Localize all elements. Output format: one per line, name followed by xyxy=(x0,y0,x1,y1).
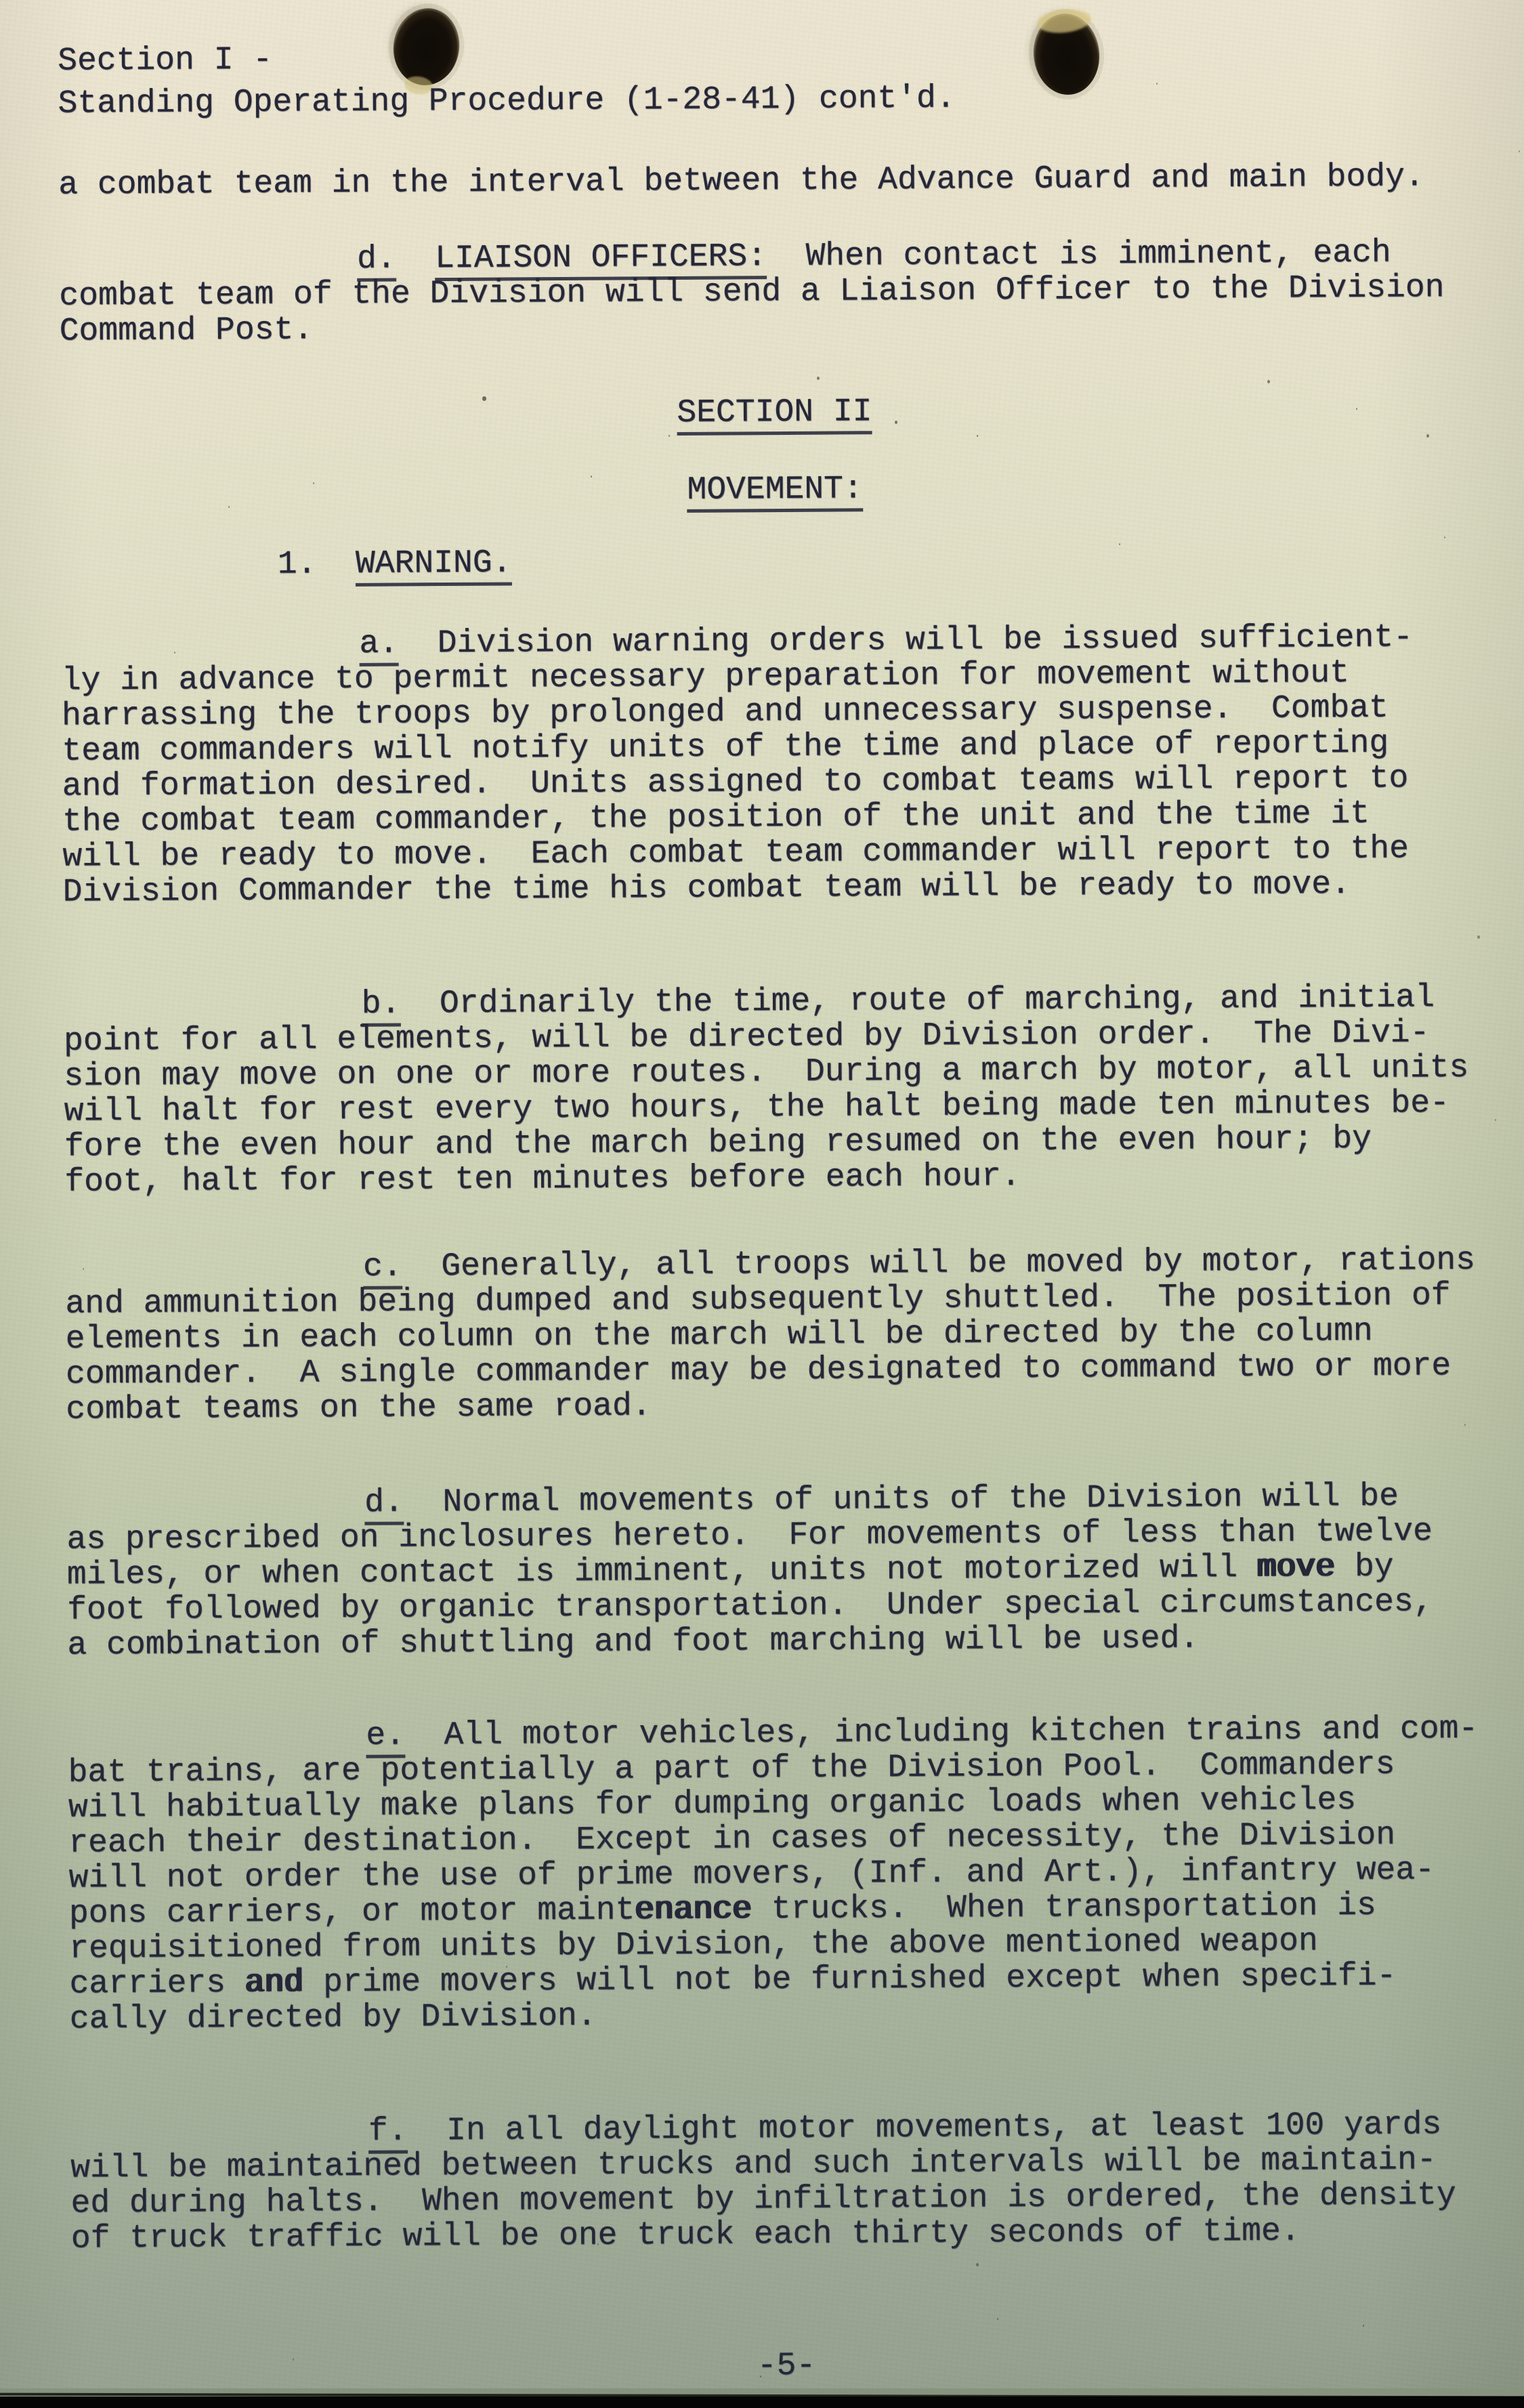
text-layer: Section I -Standing Operating Procedure … xyxy=(58,35,1501,2388)
text-segment: a combination of shuttling and foot marc… xyxy=(67,1620,1199,1664)
para-d-liaison: d. LIAISON OFFICERS: When contact is imm… xyxy=(59,235,1489,350)
text-segment: of truck traffic will be one truck each … xyxy=(71,2213,1300,2257)
document-page: Section I -Standing Operating Procedure … xyxy=(0,0,1524,2408)
text-segment: pons carriers, or motor maint xyxy=(69,1892,635,1932)
page-header: Section I -Standing Operating Procedure … xyxy=(58,35,1487,122)
text-line: of truck traffic will be one truck each … xyxy=(71,2213,1500,2257)
para-b: b. Ordinarily the time, route of marchin… xyxy=(64,980,1494,1200)
text-segment: combat teams on the same road. xyxy=(66,1388,651,1428)
para-e: e. All motor vehicles, including kitchen… xyxy=(68,1712,1499,2037)
para-d-normal: d. Normal movements of units of the Divi… xyxy=(66,1479,1497,1664)
text-segment: Standing Operating Procedure (1-28-41) c… xyxy=(58,80,955,122)
text-line: foot, halt for rest ten minutes before e… xyxy=(64,1156,1494,1200)
table-surface xyxy=(0,2396,1524,2408)
text-segment: 1. xyxy=(278,546,356,583)
text-line: Section I - xyxy=(58,35,1487,79)
text-line: a combination of shuttling and foot marc… xyxy=(67,1620,1496,1664)
warning-item: 1. WARNING. xyxy=(61,540,1490,584)
text-line: MOVEMENT: xyxy=(60,468,1489,512)
text-segment: prime movers will not be furnished excep… xyxy=(303,1958,1396,2002)
continuation-line: a combat team in the interval between th… xyxy=(58,159,1487,203)
text-segment: by xyxy=(1335,1549,1394,1586)
text-line: combat teams on the same road. xyxy=(66,1384,1495,1428)
para-c: c. Generally, all troops will be moved b… xyxy=(65,1243,1496,1428)
text-line: Standing Operating Procedure (1-28-41) c… xyxy=(58,78,1487,122)
text-segment xyxy=(396,240,435,277)
underlined-text: SECTION II xyxy=(677,394,872,436)
text-segment: enance xyxy=(635,1891,752,1928)
text-segment: and xyxy=(245,1964,304,2002)
text-segment: Section I - xyxy=(58,42,272,80)
text-segment: trucks. When transportation is xyxy=(752,1888,1376,1928)
para-f: f. In all daylight motor movements, at l… xyxy=(70,2107,1500,2257)
text-segment: move xyxy=(1257,1549,1336,1586)
text-segment: When contact is imminent, each xyxy=(767,235,1391,276)
text-line: 1. WARNING. xyxy=(61,540,1490,584)
text-segment: Command Post. xyxy=(59,312,313,350)
underlined-text: MOVEMENT: xyxy=(687,471,863,513)
underlined-text: WARNING. xyxy=(356,545,512,586)
text-segment: -5- xyxy=(757,2348,816,2385)
text-line: cally directed by Division. xyxy=(70,1993,1499,2037)
text-line: SECTION II xyxy=(60,391,1489,435)
text-segment: Division Commander the time his combat t… xyxy=(63,866,1351,911)
page-number: -5- xyxy=(72,2344,1501,2388)
para-a: a. Division warning orders will be issue… xyxy=(61,620,1492,910)
section-ii-heading: SECTION II xyxy=(60,391,1489,435)
text-segment: cally directed by Division. xyxy=(70,1998,597,2038)
text-line: a combat team in the interval between th… xyxy=(58,159,1487,203)
movement-heading: MOVEMENT: xyxy=(60,468,1489,512)
text-segment: foot, halt for rest ten minutes before e… xyxy=(64,1158,1021,1201)
text-line: -5- xyxy=(72,2344,1501,2388)
text-segment: a combat team in the interval between th… xyxy=(58,159,1424,203)
text-segment: carriers xyxy=(69,1965,245,2003)
text-line: Division Commander the time his combat t… xyxy=(63,866,1492,910)
text-line: Command Post. xyxy=(59,305,1488,350)
